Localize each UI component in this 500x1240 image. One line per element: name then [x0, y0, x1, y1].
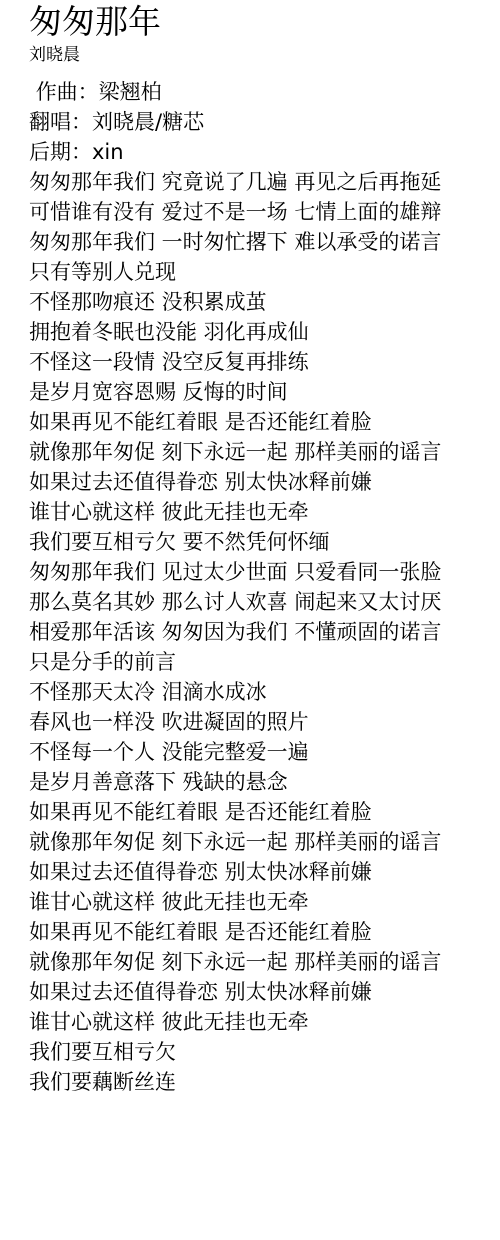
credit-line-post-production: 后期：xin [29, 137, 490, 167]
lyric-line: 相爱那年活该 匆匆因为我们 不懂顽固的诺言 [29, 617, 490, 647]
lyric-line: 如果过去还值得眷恋 别太快冰释前嫌 [29, 467, 490, 497]
lyric-line: 就像那年匆促 刻下永远一起 那样美丽的谣言 [29, 827, 490, 857]
lyric-line: 不怪这一段情 没空反复再排练 [29, 347, 490, 377]
lyric-line: 如果过去还值得眷恋 别太快冰释前嫌 [29, 857, 490, 887]
lyric-line: 匆匆那年我们 究竟说了几遍 再见之后再拖延 [29, 167, 490, 197]
page-title: 匆匆那年 [29, 0, 490, 44]
lyric-line: 不怪每一个人 没能完整爱一遍 [29, 737, 490, 767]
lyric-line: 只有等别人兑现 [29, 257, 490, 287]
lyric-line: 匆匆那年我们 见过太少世面 只爱看同一张脸 [29, 557, 490, 587]
artist-name: 刘晓晨 [29, 44, 490, 66]
lyric-line: 谁甘心就这样 彼此无挂也无牵 [29, 887, 490, 917]
lyric-line: 如果再见不能红着眼 是否还能红着脸 [29, 407, 490, 437]
lyric-line: 只是分手的前言 [29, 647, 490, 677]
lyric-line: 我们要藕断丝连 [29, 1067, 490, 1097]
lyric-line: 谁甘心就这样 彼此无挂也无牵 [29, 1007, 490, 1037]
lyric-line: 是岁月善意落下 残缺的悬念 [29, 767, 490, 797]
lyric-line: 谁甘心就这样 彼此无挂也无牵 [29, 497, 490, 527]
lyric-line: 如果过去还值得眷恋 别太快冰释前嫌 [29, 977, 490, 1007]
lyric-line: 匆匆那年我们 一时匆忙撂下 难以承受的诺言 [29, 227, 490, 257]
lyric-line: 春风也一样没 吹进凝固的照片 [29, 707, 490, 737]
lyric-line: 那么莫名其妙 那么讨人欢喜 闹起来又太讨厌 [29, 587, 490, 617]
lyric-line: 就像那年匆促 刻下永远一起 那样美丽的谣言 [29, 947, 490, 977]
lyric-line: 我们要互相亏欠 [29, 1037, 490, 1067]
lyric-line: 拥抱着冬眠也没能 羽化再成仙 [29, 317, 490, 347]
credits-block: 作曲：梁翘柏 翻唱：刘晓晨/糖芯 后期：xin [29, 77, 490, 167]
lyric-line: 我们要互相亏欠 要不然凭何怀缅 [29, 527, 490, 557]
credit-line-composer: 作曲：梁翘柏 [29, 77, 490, 107]
lyric-line: 如果再见不能红着眼 是否还能红着脸 [29, 917, 490, 947]
lyric-line: 可惜谁有没有 爱过不是一场 七情上面的雄辩 [29, 197, 490, 227]
lyrics-page: 匆匆那年 刘晓晨 作曲：梁翘柏 翻唱：刘晓晨/糖芯 后期：xin 匆匆那年我们 … [0, 0, 500, 1137]
lyric-line: 就像那年匆促 刻下永远一起 那样美丽的谣言 [29, 437, 490, 467]
lyric-line: 不怪那吻痕还 没积累成茧 [29, 287, 490, 317]
lyric-line: 如果再见不能红着眼 是否还能红着脸 [29, 797, 490, 827]
lyrics-block: 匆匆那年我们 究竟说了几遍 再见之后再拖延 可惜谁有没有 爱过不是一场 七情上面… [29, 167, 490, 1097]
credit-line-cover-singers: 翻唱：刘晓晨/糖芯 [29, 107, 490, 137]
lyric-line: 是岁月宽容恩赐 反悔的时间 [29, 377, 490, 407]
lyric-line: 不怪那天太冷 泪滴水成冰 [29, 677, 490, 707]
